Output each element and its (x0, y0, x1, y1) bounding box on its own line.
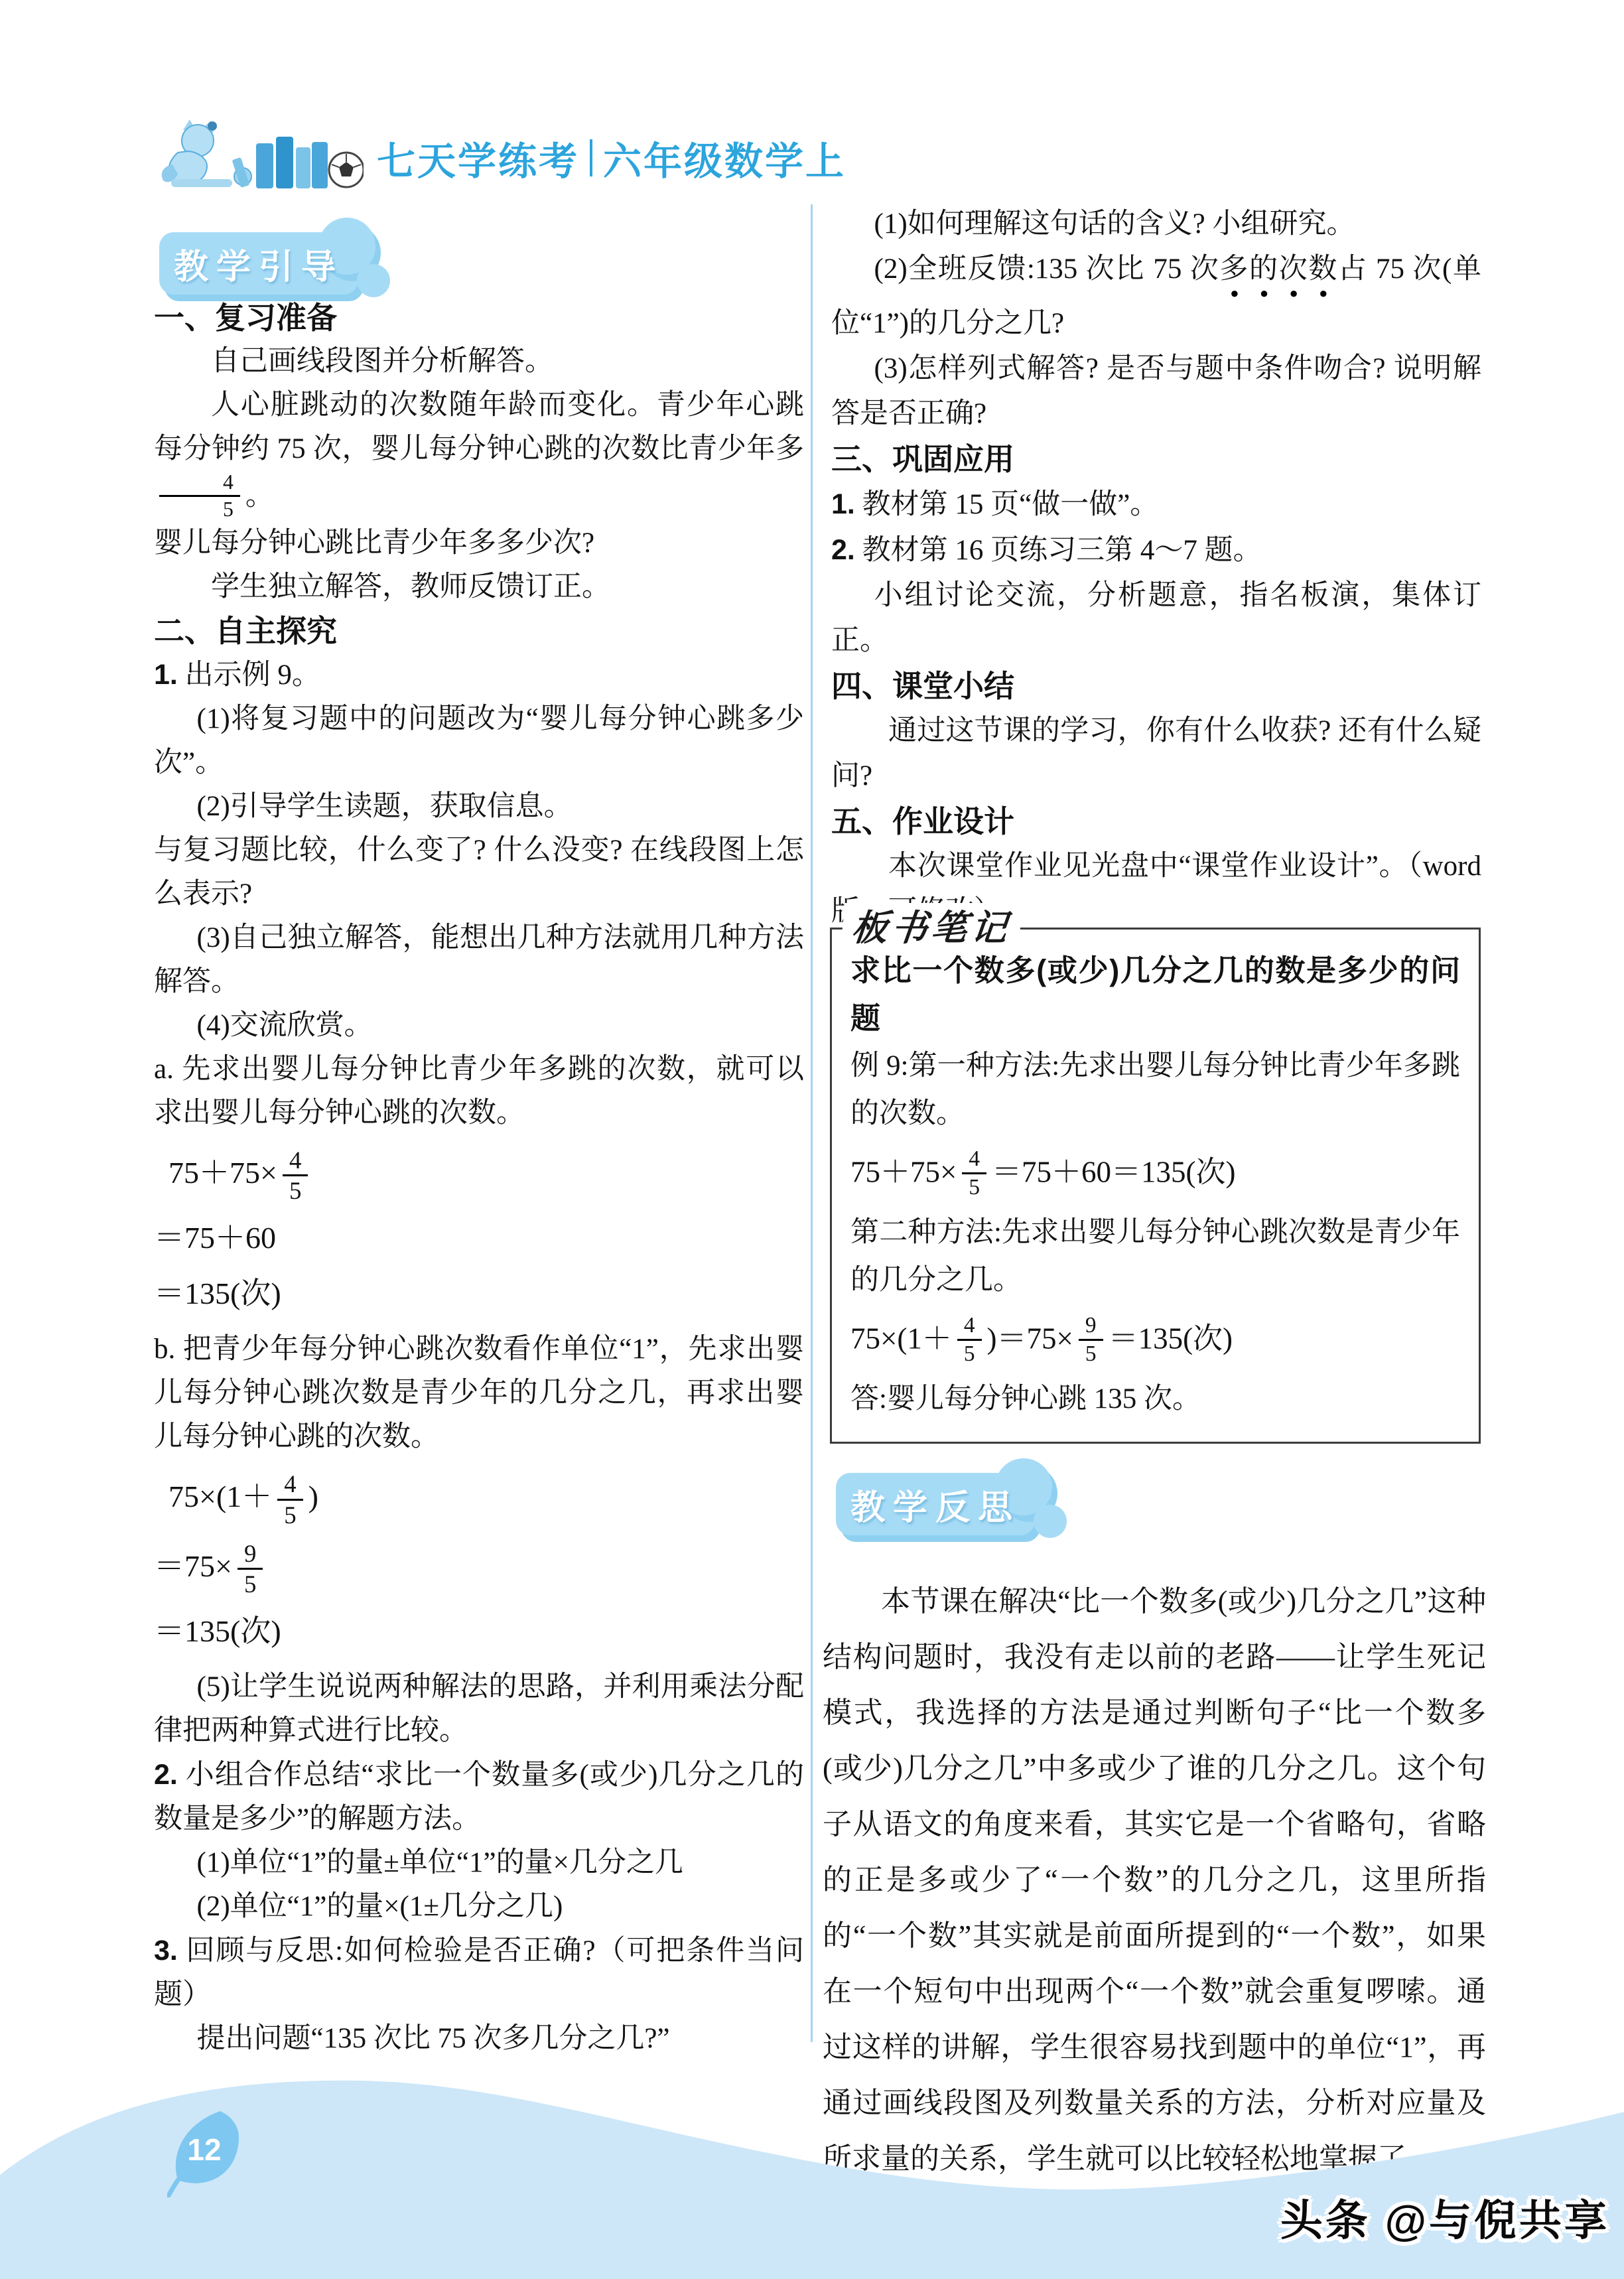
list-number: 2. (154, 1759, 178, 1791)
sub-item: (3)怎样列式解答? 是否与题中条件吻合? 说明解答是否正确? (831, 346, 1481, 437)
paragraph: 通过这节课的学习，你有什么收获? 还有什么疑问? (831, 709, 1481, 799)
brand-title-row: 七天学练考 六年级数学上 (377, 130, 846, 192)
page-number-leaf: 12 (167, 2108, 248, 2197)
list-number: 3. (154, 1935, 178, 1967)
board-equation: 75＋75×45＝75＋60＝135(次) (850, 1147, 1460, 1200)
method-a-paragraph: a. 先求出婴儿每分钟比青少年多跳的次数，就可以求出婴儿每分钟心跳的次数。 (154, 1048, 804, 1135)
list-number: 1. (831, 488, 855, 520)
board-method-1: 例 9:第一种方法:先求出婴儿每分钟比青少年多跳的次数。 (850, 1042, 1460, 1138)
board-equation: 75×(1＋45)＝75×95＝135(次) (850, 1314, 1460, 1366)
list-number: 2. (831, 534, 855, 566)
review-problem-paragraph: 人心脏跳动的次数随年龄而变化。青少年心跳每分钟约 75 次，婴儿每分钟心跳的次数… (154, 383, 804, 521)
brand-edition: 六年级数学上 (603, 130, 846, 186)
sub-item: (1)如何理解这句话的含义? 小组研究。 (831, 202, 1481, 247)
equation: ＝75＋60 (154, 1216, 804, 1260)
fraction: 45 (159, 471, 240, 521)
sub-item: (5)让学生说说两种解法的思路，并利用乘法分配律把两种算式进行比较。 (154, 1665, 804, 1753)
fraction-denominator: 5 (237, 1570, 263, 1598)
sub-item: (2)引导学生读题，获取信息。 (154, 785, 804, 829)
section-heading-2: 二、自主探究 (154, 609, 804, 653)
board-answer: 答:婴儿每分钟心跳 135 次。 (850, 1375, 1460, 1423)
fraction-numerator: 4 (159, 471, 240, 497)
board-notes-title: 求比一个数多(或少)几分之几的数是多少的问题 (850, 947, 1460, 1042)
equation-text: ＝75＋60＝135(次) (992, 1156, 1235, 1189)
equation-text: )＝75× (987, 1322, 1073, 1355)
equation-text: 75×(1＋ (169, 1480, 272, 1513)
fraction-denominator: 5 (1079, 1341, 1103, 1366)
equation: 75×(1＋45) (169, 1471, 804, 1528)
sub-item: (2)单位“1”的量×(1±几分之几) (154, 1885, 804, 1929)
fraction-numerator: 4 (283, 1147, 308, 1177)
section-heading-3: 三、巩固应用 (831, 437, 1481, 482)
reflection-badge: 教学反思 (836, 1473, 1035, 1535)
sub-item: (4)交流欣赏。 (154, 1004, 804, 1048)
equation-text: 75×(1＋ (850, 1322, 952, 1355)
brand-title: 七天学练考 (377, 130, 579, 186)
list-text: 出示例 9。 (185, 659, 320, 691)
list-text: 小组合作总结“求比一个数量多(或少)几分之几的数量是多少”的解题方法。 (154, 1760, 804, 1834)
left-column: 一、复习准备 自己画线段图并分析解答。 人心脏跳动的次数随年龄而变化。青少年心跳… (154, 296, 804, 2061)
fraction: 45 (277, 1471, 303, 1528)
board-notes-box: 板书笔记 求比一个数多(或少)几分之几的数是多少的问题 例 9:第一种方法:先求… (830, 928, 1481, 1444)
equation: ＝75×95 (154, 1541, 804, 1598)
paragraph: 婴儿每分钟心跳比青少年多多少次? (154, 521, 804, 565)
board-notes-label: 板书笔记 (840, 903, 1023, 952)
method-b-paragraph: b. 把青少年每分钟心跳次数看作单位“1”，先求出婴儿每分钟心跳次数是青少年的几… (154, 1328, 804, 1459)
equation-text: ＝75× (154, 1549, 232, 1582)
section-heading-4: 四、课堂小结 (831, 663, 1481, 709)
emphasis-dots-text: 多的次数 (1219, 253, 1338, 285)
section-heading-5: 五、作业设计 (831, 799, 1481, 844)
fox-mascot-icon (162, 119, 232, 187)
fraction-denominator: 5 (283, 1176, 308, 1204)
paragraph: 小组讨论交流，分析题意，指名板演，集体订正。 (831, 573, 1481, 663)
equation: ＝135(次) (154, 1610, 804, 1653)
fraction-numerator: 4 (277, 1471, 303, 1501)
board-method-2: 第二种方法:先求出婴儿每分钟心跳次数是青少年的几分之几。 (850, 1209, 1460, 1304)
guide-badge: 教学引导 (159, 232, 358, 295)
list-text: 教材第 16 页练习三第 4～7 题。 (862, 535, 1262, 566)
books-icon (232, 137, 328, 188)
paragraph: 与复习题比较，什么变了? 什么没变? 在线段图上怎么表示? (154, 829, 804, 916)
fraction-denominator: 5 (159, 497, 240, 521)
fraction-numerator: 4 (957, 1314, 982, 1341)
fraction-denominator: 5 (957, 1341, 982, 1366)
fraction-denominator: 5 (962, 1174, 986, 1200)
page-number: 12 (187, 2132, 221, 2167)
fraction-numerator: 9 (1079, 1314, 1103, 1341)
equation-text: 75＋75× (169, 1155, 277, 1189)
paragraph: 自己画线段图并分析解答。 (154, 340, 804, 383)
right-column: (1)如何理解这句话的含义? 小组研究。 (2)全班反馈:135 次比 75 次… (831, 202, 1481, 934)
page-header: 七天学练考 六年级数学上 (158, 118, 846, 192)
sub-item: (1)将复习题中的问题改为“婴儿每分钟心跳多少次”。 (154, 697, 804, 785)
reflection-badge-label: 教学反思 (836, 1473, 1035, 1535)
list-text: 教材第 15 页“做一做”。 (862, 489, 1159, 520)
section-heading-1: 一、复习准备 (154, 296, 804, 340)
list-item: 1. 出示例 9。 (154, 653, 804, 697)
page: 七天学练考 六年级数学上 教学引导 一、复习准备 自己画线段图并分析解答。 人心… (0, 0, 1624, 2279)
equation-text: 75＋75× (850, 1156, 957, 1189)
fraction: 95 (1079, 1314, 1103, 1366)
fraction: 45 (957, 1314, 982, 1366)
list-item: 2. 教材第 16 页练习三第 4～7 题。 (831, 527, 1481, 573)
list-number: 1. (154, 659, 178, 691)
fraction: 45 (283, 1147, 308, 1204)
soccer-ball-icon (329, 153, 364, 187)
fraction-denominator: 5 (277, 1501, 303, 1529)
text-run: 人心脏跳动的次数随年龄而变化。青少年心跳每分钟约 75 次，婴儿每分钟心跳的次数… (154, 389, 804, 464)
fraction-numerator: 4 (962, 1147, 986, 1174)
list-item: 3. 回顾与反思:如何检验是否正确?（可把条件当问题） (154, 1929, 804, 2017)
fraction-numerator: 9 (237, 1541, 263, 1570)
list-item: 1. 教材第 15 页“做一做”。 (831, 482, 1481, 527)
guide-badge-label: 教学引导 (159, 232, 358, 295)
watermark: 头条 @与倪共享 (1280, 2187, 1609, 2248)
list-text: 回顾与反思:如何检验是否正确?（可把条件当问题） (154, 1935, 804, 2010)
equation-text: ) (308, 1480, 318, 1513)
fraction: 45 (962, 1147, 986, 1200)
sub-item: (1)单位“1”的量±单位“1”的量×几分之几 (154, 1841, 804, 1885)
list-item: 2. 小组合作总结“求比一个数量多(或少)几分之几的数量是多少”的解题方法。 (154, 1753, 804, 1841)
sub-item: (3)自己独立解答，能想出几种方法就用几种方法解答。 (154, 916, 804, 1004)
equation: 75＋75×45 (169, 1147, 804, 1204)
brand-divider (590, 139, 592, 176)
column-divider (811, 204, 813, 2042)
fraction: 95 (237, 1541, 263, 1598)
text-run: (2)全班反馈:135 次比 75 次 (874, 253, 1220, 285)
text-run: 。 (245, 480, 274, 512)
sub-item-with-emphasis: (2)全班反馈:135 次比 75 次多的次数占 75 次(单位“1”)的几分之… (831, 247, 1481, 346)
paragraph: 学生独立解答，教师反馈订正。 (154, 565, 804, 609)
equation: ＝135(次) (154, 1272, 804, 1316)
equation-text: ＝135(次) (1109, 1322, 1233, 1355)
brand-logo-illustration (158, 118, 364, 192)
